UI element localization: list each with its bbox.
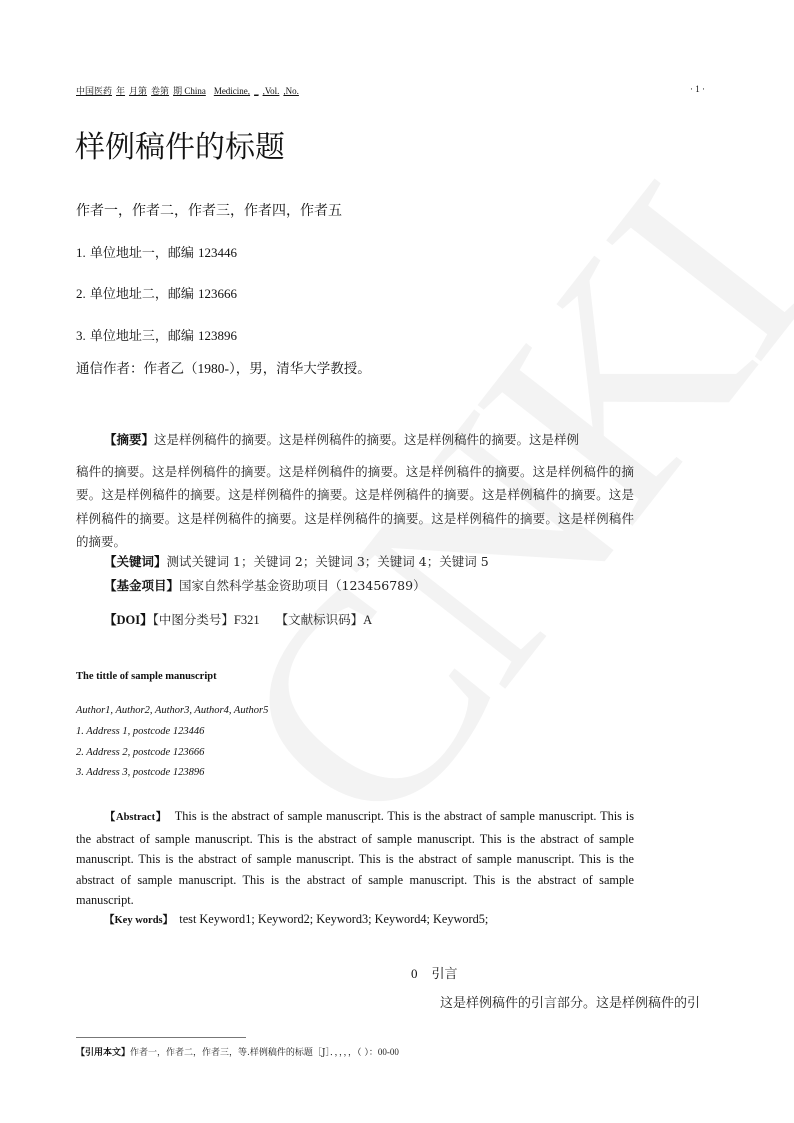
english-keywords: 【Key words】 test Keyword1; Keyword2; Key… (104, 912, 488, 927)
affiliation-number: 2. (76, 286, 86, 301)
english-abstract-text: This is the abstract of sample manuscrip… (76, 809, 634, 907)
journal-header: 中国医药年月第卷第期 ChinaMedicine,_,Vol.,No. (76, 84, 303, 97)
paper-title: 样例稿件的标题 (75, 122, 285, 166)
affiliation-text: 单位地址三，邮编 (90, 329, 194, 344)
header-part: ,No. (283, 86, 299, 96)
postcode: 123666 (198, 286, 237, 301)
header-part: Medicine, (214, 86, 250, 96)
english-authors: Author1, Author2, Author3, Author4, Auth… (76, 705, 268, 716)
chinese-abstract: 【摘要】这是样例稿件的摘要。这是样例稿件的摘要。这是样例稿件的摘要。这是样例 稿… (76, 428, 634, 554)
english-abstract: 【Abstract】 This is the abstract of sampl… (76, 806, 634, 911)
corresponding-author: 通信作者：作者乙（1980-），男，清华大学教授。 (76, 357, 371, 377)
affiliation-number: 3. (76, 328, 86, 343)
citation-footnote: 【引用本文】作者一，作者二，作者三，等.样例稿件的标题［J］．，，，，（ ）：0… (76, 1045, 399, 1058)
english-keywords-text: test Keyword1; Keyword2; Keyword3; Keywo… (179, 912, 488, 926)
section-heading: 0引言 (411, 963, 458, 982)
clc-label: 【中图分类号】 (153, 612, 234, 627)
header-part: 期 China (173, 86, 206, 96)
clc-value: F321 (234, 613, 260, 627)
affiliation-1: 1. 单位地址一，邮编 123446 (76, 242, 237, 261)
english-affiliation-3: 3. Address 3, postcode 123896 (76, 767, 204, 778)
doc-code-label: 【文献标识码】 (276, 612, 364, 627)
doi-label: 【DOI】 (104, 613, 153, 627)
affiliation-number: 1. (76, 245, 86, 260)
abstract-label: 【摘要】 (104, 432, 154, 447)
english-affiliation-1: 1. Address 1, postcode 123446 (76, 726, 204, 737)
author-list: 作者一，作者二，作者三，作者四，作者五 (76, 200, 342, 220)
header-part: ,Vol. (263, 86, 280, 96)
affiliation-3: 3. 单位地址三，邮编 123896 (76, 325, 237, 344)
abstract-body: 稿件的摘要。这是样例稿件的摘要。这是样例稿件的摘要。这是样例稿件的摘要。这是样例… (76, 460, 634, 554)
abstract-first-line: 这是样例稿件的摘要。这是样例稿件的摘要。这是样例稿件的摘要。这是样例 (154, 432, 579, 447)
english-keywords-label: 【Key words】 (104, 915, 173, 926)
english-affiliation-2: 2. Address 2, postcode 123666 (76, 747, 204, 758)
fund-text: 国家自然科学基金资助项目（123456789） (179, 578, 426, 593)
citation-pages: 00-00 (378, 1047, 399, 1057)
doc-code-value: A (363, 613, 372, 627)
fund-label: 【基金项目】 (104, 578, 179, 593)
header-part: 卷第 (151, 86, 169, 96)
header-part: 年 (116, 86, 125, 96)
header-part: _ (254, 86, 259, 96)
header-part: 月第 (129, 86, 147, 96)
keywords-cn: 【关键词】测试关键词 1；关键词 2；关键词 3；关键词 4；关键词 5 (104, 552, 489, 570)
english-title: The tittle of sample manuscript (76, 671, 217, 682)
citation-label: 【引用本文】 (76, 1048, 130, 1058)
english-abstract-label: 【Abstract】 (104, 812, 167, 823)
header-part: 中国医药 (76, 86, 112, 96)
affiliation-2: 2. 单位地址二，邮编 123666 (76, 283, 237, 302)
corresponding-suffix: ），男，清华大学教授。 (229, 361, 371, 377)
section-title: 引言 (432, 967, 458, 982)
citation-text: 作者一，作者二，作者三，等.样例稿件的标题［J］．，，，，（ ）： (130, 1048, 378, 1058)
corresponding-year: 1980- (198, 361, 230, 376)
page-number: · 1 · (690, 84, 705, 94)
postcode: 123446 (198, 245, 237, 260)
footnote-divider (76, 1037, 246, 1038)
introduction-text: 这是样例稿件的引言部分。这是样例稿件的引 (440, 992, 700, 1011)
keywords-label: 【关键词】 (104, 554, 167, 569)
corresponding-prefix: 通信作者：作者乙（ (76, 361, 198, 377)
classification-line: 【DOI】【中图分类号】F321【文献标识码】A (104, 610, 372, 628)
affiliation-text: 单位地址一，邮编 (90, 246, 194, 261)
section-number: 0 (411, 966, 418, 981)
keywords-text: 测试关键词 1；关键词 2；关键词 3；关键词 4；关键词 5 (167, 554, 489, 569)
fund-project: 【基金项目】国家自然科学基金资助项目（123456789） (104, 576, 426, 594)
postcode: 123896 (198, 328, 237, 343)
affiliation-text: 单位地址二，邮编 (90, 287, 194, 302)
